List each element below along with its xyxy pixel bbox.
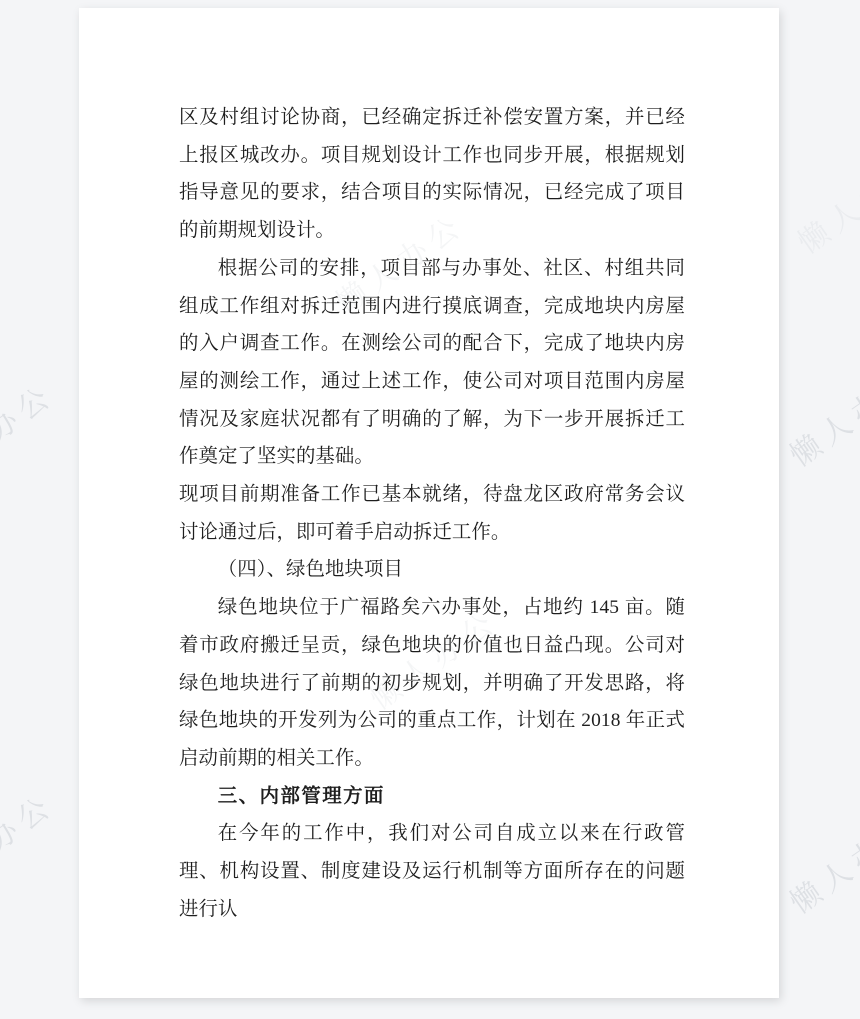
document-viewer-background: 懒人办公 懒人办公 懒人办公 懒人办公 懒人办公 懒人办公 懒人办公 区及村组讨… [0,0,860,1019]
watermark: 懒人办公 [779,354,860,475]
document-page: 区及村组讨论协商，已经确定拆迁补偿安置方案，并已经上报区城改办。项目规划设计工作… [79,8,779,998]
paragraph-project-ready: 现项目前期准备工作已基本就绪，待盘龙区政府常务会议讨论通过后，即可着手启动拆迁工… [179,476,685,551]
document-body-text: 区及村组讨论协商，已经确定拆迁补偿安置方案，并已经上报区城改办。项目规划设计工作… [179,99,685,928]
watermark: 懒人办公 [787,141,860,262]
subheading-green-land-project: （四）、绿色地块项目 [179,551,685,589]
watermark: 懒人办公 [779,801,860,922]
paragraph-survey-work: 根据公司的安排，项目部与办事处、社区、村组共同组成工作组对拆迁范围内进行摸底调查… [179,250,685,476]
heading-internal-management: 三、内部管理方面 [179,778,685,816]
paragraph-continuation: 区及村组讨论协商，已经确定拆迁补偿安置方案，并已经上报区城改办。项目规划设计工作… [179,99,685,250]
paragraph-green-land-detail: 绿色地块位于广福路矣六办事处，占地约 145 亩。随着市政府搬迁呈贡，绿色地块的… [179,589,685,778]
watermark: 懒人办公 [0,781,62,902]
paragraph-internal-management-intro: 在今年的工作中，我们对公司自成立以来在行政管理、机构设置、制度建设及运行机制等方… [179,815,685,928]
watermark: 懒人办公 [0,371,62,492]
